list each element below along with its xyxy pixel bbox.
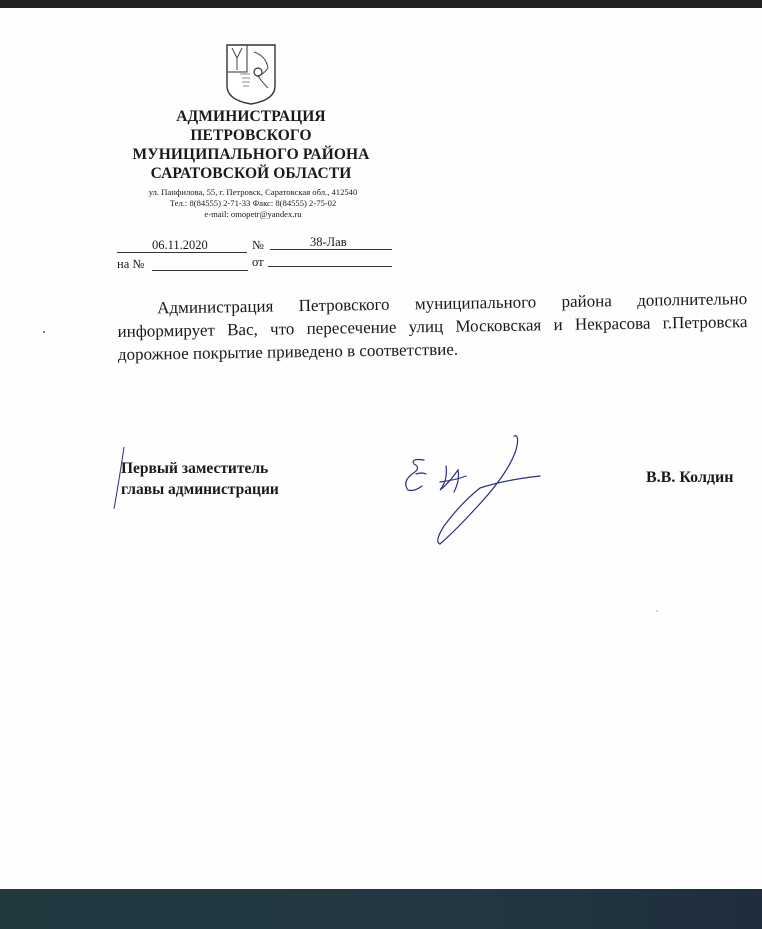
scan-speck: [43, 331, 45, 333]
org-title-line: ПЕТРОВСКОГО: [120, 126, 382, 145]
coat-of-arms-icon: [224, 42, 278, 106]
reply-to-label: на №: [117, 257, 144, 272]
email: e-mail: omopetr@yandex.ru: [122, 209, 384, 220]
outgoing-number: 38-Лав: [310, 235, 347, 250]
signer-position-line: главы администрации: [121, 479, 279, 500]
address: ул. Панфилова, 55, г. Петровск, Саратовс…: [122, 187, 384, 198]
body-paragraph: Администрация Петровского муниципального…: [117, 287, 748, 366]
from-label: от: [252, 255, 264, 270]
signer-name: В.В. Колдин: [646, 469, 733, 487]
org-title-line: АДМИНИСТРАЦИЯ: [120, 107, 382, 126]
org-title-line: МУНИЦИПАЛЬНОГО РАЙОНА: [120, 145, 382, 164]
organization-title: АДМИНИСТРАЦИЯ ПЕТРОВСКОГО МУНИЦИПАЛЬНОГО…: [120, 107, 382, 183]
handwritten-signature-icon: [400, 430, 550, 548]
phone-fax: Тел.: 8(84555) 2-71-33 Факс: 8(84555) 2-…: [122, 198, 384, 209]
reply-to-underline: [152, 270, 248, 271]
viewer-top-bar: [0, 0, 762, 8]
signer-position: Первый заместитель главы администрации: [121, 458, 279, 500]
viewer-bottom-bar: [0, 889, 762, 929]
number-label: №: [252, 238, 264, 253]
signer-position-line: Первый заместитель: [121, 458, 279, 479]
scan-speck: [656, 610, 658, 612]
contact-info: ул. Панфилова, 55, г. Петровск, Саратовс…: [122, 187, 384, 220]
outgoing-date: 06.11.2020: [152, 238, 208, 253]
letter-body: Администрация Петровского муниципального…: [117, 287, 748, 366]
from-underline: [268, 266, 392, 267]
org-title-line: САРАТОВСКОЙ ОБЛАСТИ: [120, 164, 382, 183]
